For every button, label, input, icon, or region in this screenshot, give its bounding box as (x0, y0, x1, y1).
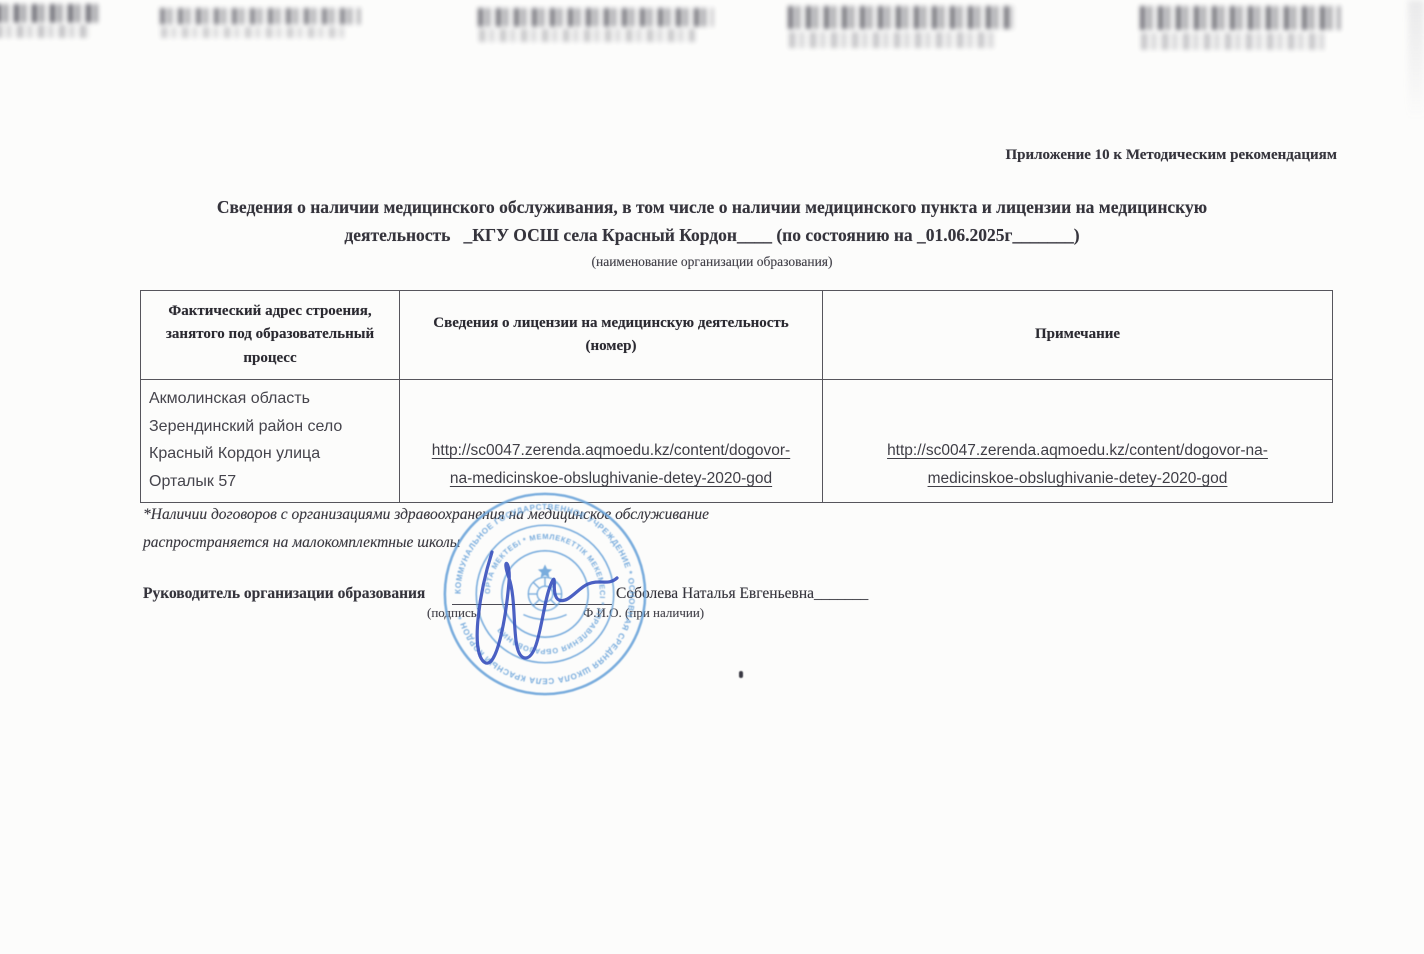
ink-dot-artifact (739, 671, 743, 678)
table-header-row: Фактический адрес строения, занятого под… (141, 291, 1333, 380)
license-url-link-line1[interactable]: http://sc0047.zerenda.aqmoedu.kz/content… (410, 437, 812, 465)
document-title: Сведения о наличии медицинского обслужив… (0, 193, 1424, 273)
cell-address: Акмолинская область Зерендинский район с… (141, 380, 400, 503)
title-line-1: Сведения о наличии медицинского обслужив… (0, 193, 1424, 221)
scanned-document-page: Приложение 10 к Методическим рекомендаци… (0, 0, 1424, 954)
medical-service-table: Фактический адрес строения, занятого под… (140, 290, 1333, 503)
note-url-link-line1[interactable]: http://sc0047.zerenda.aqmoedu.kz/content… (833, 437, 1322, 465)
table-row: Акмолинская область Зерендинский район с… (141, 380, 1333, 503)
title-line-2: деятельность _КГУ ОСШ села Красный Кордо… (0, 221, 1424, 249)
scan-artifact (1140, 6, 1340, 50)
cell-note-url: http://sc0047.zerenda.aqmoedu.kz/content… (823, 380, 1333, 503)
col-header-license: Сведения о лицензии на медицинскую деяте… (400, 291, 823, 380)
title-caption: (наименование организации образования) (0, 251, 1424, 273)
col-header-address: Фактический адрес строения, занятого под… (141, 291, 400, 380)
scan-artifact (478, 8, 713, 42)
note-url-link-line2[interactable]: medicinskoe-obslughivanie-detey-2020-god (833, 465, 1322, 493)
cell-license-url: http://sc0047.zerenda.aqmoedu.kz/content… (400, 380, 823, 503)
scan-artifact (0, 4, 98, 38)
scan-edge-streak (1408, 0, 1424, 120)
col-header-note: Примечание (823, 291, 1333, 380)
appendix-note: Приложение 10 к Методическим рекомендаци… (1005, 147, 1337, 164)
signature-role-label: Руководитель организации образования (143, 585, 425, 603)
scan-artifact (788, 6, 1013, 48)
handwritten-signature (452, 538, 667, 686)
scan-artifact (160, 8, 360, 38)
